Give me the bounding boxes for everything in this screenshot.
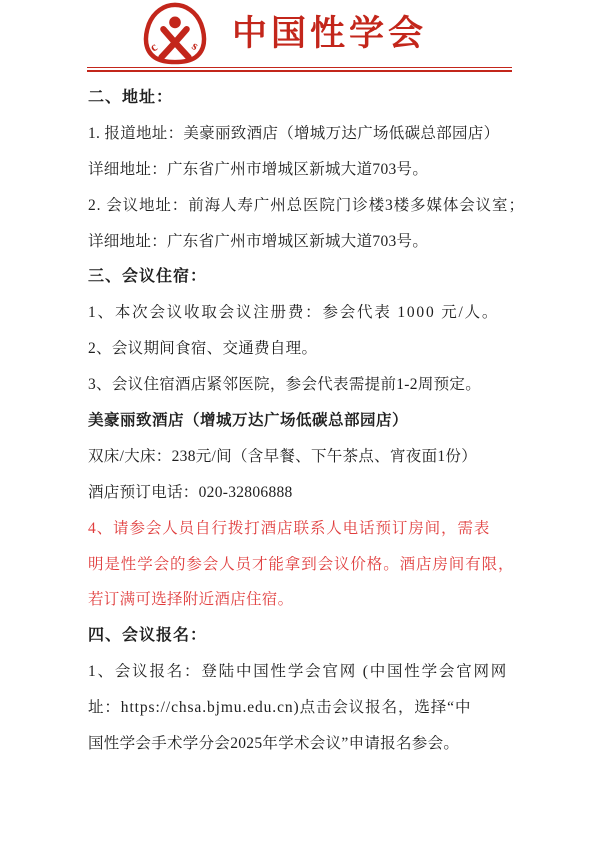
line-meeting-address-detail: 详细地址：广东省广州市增城区新城大道703号。 (88, 224, 528, 260)
line-registration-step-1: 1、会议报名：登陆中国性学会官网 (中国性学会官网网 (88, 654, 528, 690)
line-registration-step-3: 国性学会手术学分会2025年学术会议”申请报名参会。 (88, 726, 528, 762)
cs-association-logo-icon: c s (139, 2, 211, 68)
section-heading-accommodation: 三、会议住宿： (88, 259, 528, 295)
organization-title: 中国性学会 (232, 10, 427, 58)
logo-figure-head (169, 17, 181, 29)
section-heading-address: 二、地址： (88, 80, 528, 116)
line-hotel-notice-2: 明是性学会的参会人员才能拿到会议价格。酒店房间有限， (88, 547, 528, 583)
line-hotel-notice-3: 若订满可选择附近酒店住宿。 (88, 582, 528, 618)
line-hotel-booking-advice: 3、会议住宿酒店紧邻医院，参会代表需提前1-2周预定。 (88, 367, 528, 403)
line-meeting-address: 2. 会议地址：前海人寿广州总医院门诊楼3楼多媒体会议室； (88, 188, 528, 224)
document-page: c s 中国性学会 二、地址： 1. 报道地址：美豪丽致酒店（增城万达广场低碳总… (0, 0, 600, 849)
line-hotel-name: 美豪丽致酒店（增城万达广场低碳总部园店） (88, 403, 528, 439)
line-registration-step-2: 址：https://chsa.bjmu.edu.cn)点击会议报名，选择“中 (88, 690, 528, 726)
double-rule-divider (87, 67, 512, 72)
section-heading-registration: 四、会议报名： (88, 618, 528, 654)
line-checkin-address: 1. 报道地址：美豪丽致酒店（增城万达广场低碳总部园店） (88, 116, 528, 152)
line-board-and-transport: 2、会议期间食宿、交通费自理。 (88, 331, 528, 367)
line-registration-fee: 1、本次会议收取会议注册费：参会代表 1000 元/人。 (88, 295, 528, 331)
document-body: 二、地址： 1. 报道地址：美豪丽致酒店（增城万达广场低碳总部园店） 详细地址：… (88, 80, 528, 762)
line-hotel-phone: 酒店预订电话：020-32806888 (88, 475, 528, 511)
line-room-price: 双床/大床：238元/间（含早餐、下午茶点、宵夜面1份） (88, 439, 528, 475)
line-checkin-address-detail: 详细地址：广东省广州市增城区新城大道703号。 (88, 152, 528, 188)
line-hotel-notice-1: 4、请参会人员自行拨打酒店联系人电话预订房间，需表 (88, 511, 528, 547)
